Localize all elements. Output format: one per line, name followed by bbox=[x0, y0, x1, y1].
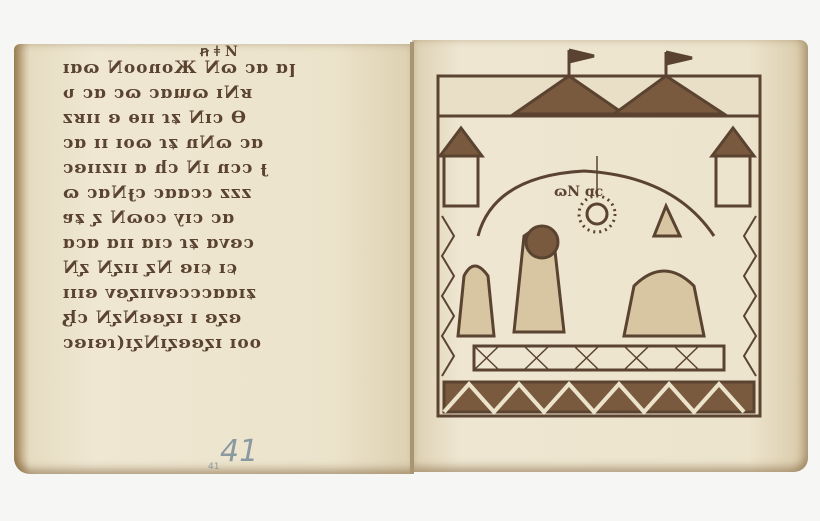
text-line: ʁNɪ ɷɯɑc ɷc ɑc ʋ bbox=[62, 81, 402, 106]
text-line: cɞvɑ ʑɾ cɪɑ ɪɪɑ ɑcɑ bbox=[62, 231, 402, 256]
text-line: zzz ccɑɑc cɟNɑc ɷ bbox=[62, 181, 402, 206]
text-line: ɟ ccn ɪN ch ɑ ɪɪzɪɪɞc bbox=[62, 156, 402, 181]
text-line: ꞁɑ ɑc ɷN ЖonooN ɷɑɪ bbox=[62, 56, 402, 81]
folio-number: 41 bbox=[220, 434, 258, 469]
illustration-inscription: ɷN ɑc bbox=[554, 184, 603, 200]
folio-number-small: 41 bbox=[208, 462, 219, 472]
text-line: ɕɪ ɕɪɞ Nʐ ɪɪʐN ʐN bbox=[62, 256, 402, 281]
manuscript-photo: ꞥ ǂ N ꞁɑ ɑc ɷN ЖonooN ɷɑɪ ʁNɪ ɷɯɑc ɷc ɑc… bbox=[0, 0, 820, 521]
illustration: ɷN ɑc bbox=[434, 46, 764, 418]
text-line: ɞʐɞ ɪ ɪʐɞɞNʐN cɮ bbox=[62, 306, 402, 331]
text-line: Ɵ cɪN ʑɾ ɪɪɵ ɞ ɪɪʁz bbox=[62, 106, 402, 131]
book-gutter bbox=[410, 42, 414, 474]
cipher-text: ꞁɑ ɑc ɷN ЖonooN ɷɑɪ ʁNɪ ɷɯɑc ɷc ɑc ʋ Ɵ c… bbox=[62, 56, 402, 356]
text-line: ɑc cɪy coɷN ʐ ʑɐ bbox=[62, 206, 402, 231]
text-line: ɑc ɷNn ʑɾ ɷoɪ ɪɪ ɑc bbox=[62, 131, 402, 156]
text-line: ʑɪɑɑcccɞvɪɪʐɞv ɞɪɪɪ bbox=[62, 281, 402, 306]
text-line: ooɪ ɪʐɞɞʐɪNʐɪ(ɾɞɪɞc bbox=[62, 331, 402, 356]
